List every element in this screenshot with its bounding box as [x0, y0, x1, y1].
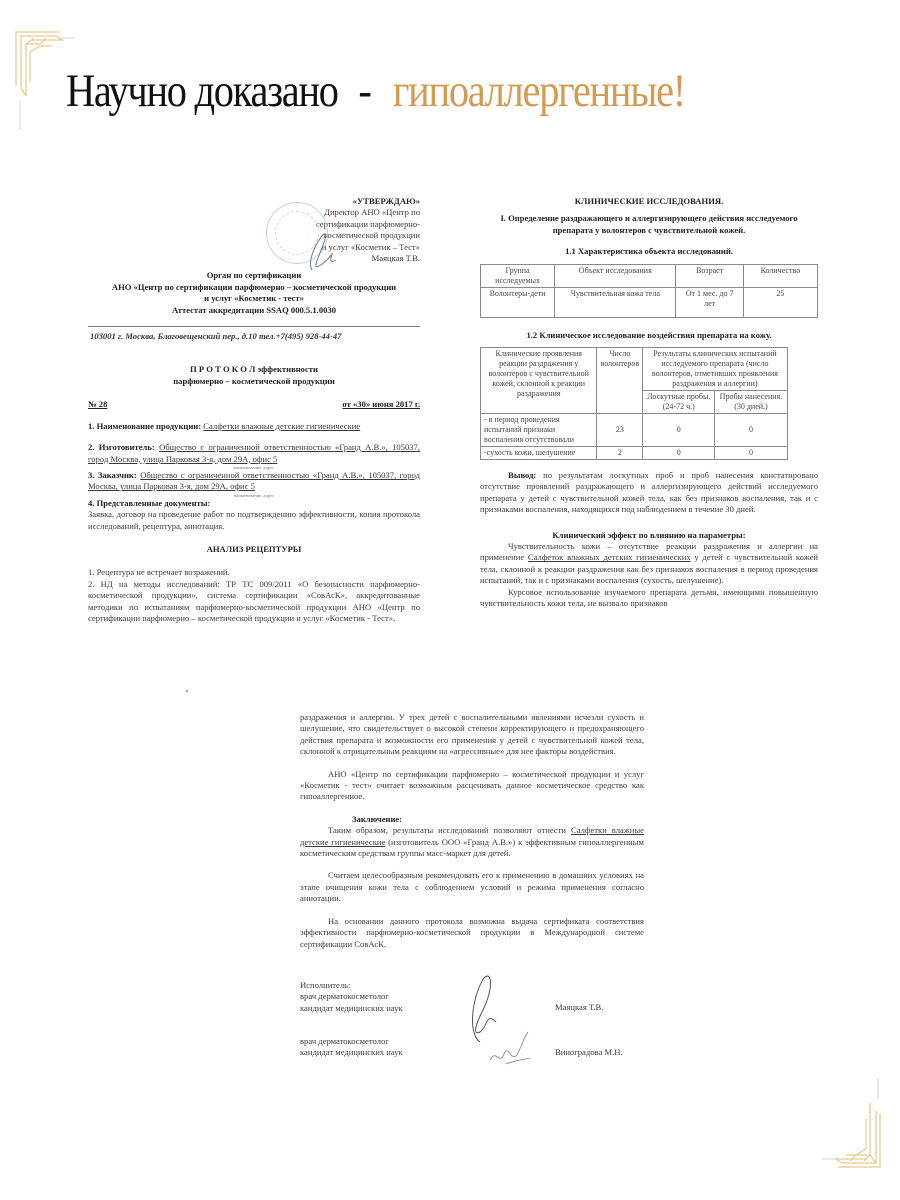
signer-name: Виноградова М.Н. — [555, 1047, 623, 1058]
conclusion-paragraph: Вывод: по результатам лоскутных проб и п… — [480, 470, 818, 516]
protocol-page-left: «УТВЕРЖДАЮ» Директор АНО «Центр по серти… — [88, 196, 420, 624]
table-row: Волонтеры-дети Чувствительная кожа тела … — [481, 287, 818, 317]
org-accreditation: Аттестат аккредитации SSAQ 000.5.1.0030 — [88, 305, 420, 316]
product-name: Салфеток влажных детских гигиенических — [528, 552, 691, 562]
ornament-corner-icon — [12, 26, 74, 132]
paragraph-results: раздражения и аллергии. У трех детей с в… — [300, 712, 644, 758]
protocol-date: от «30» июня 2017 г. — [342, 399, 420, 410]
table-header: Лоскутные пробы. (24-72 ч.) — [643, 391, 715, 414]
object-table: Группа исследуемых Объект исследования В… — [480, 264, 818, 318]
paragraph-recommendation: Считаем целесообразным рекомендовать его… — [300, 870, 644, 904]
protocol-title: П Р О Т О К О Л эффективности парфюмерно… — [88, 364, 420, 387]
subsection-1-1: 1.1 Характеристика объекта исследований. — [480, 246, 818, 257]
table-cell: От 1 мес. до 7 лет — [676, 287, 743, 317]
protocol-title-line: П Р О Т О К О Л эффективности — [88, 364, 420, 375]
section-customer: 3. Заказчик: Общество с ограниченной отв… — [88, 470, 420, 498]
headline-accent: гипоаллергенные! — [393, 65, 685, 117]
table-cell: 23 — [597, 414, 643, 447]
table-cell: -сухость кожи, шелушение — [481, 447, 597, 460]
headline-separator: - — [358, 65, 370, 117]
table-cell: 2 — [597, 447, 643, 460]
table-cell: Волонтеры-дети — [481, 287, 555, 317]
protocol-title-line: парфюмерно – косметической продукции — [88, 376, 420, 387]
section-label: 1. Наименование продукции: — [88, 421, 201, 431]
section-documents: 4. Представленные документы: Заявка, дог… — [88, 498, 420, 532]
table-cell: 0 — [643, 447, 715, 460]
table-row: - в период проведения испытаний признаки… — [481, 414, 788, 447]
section-label: 4. Представленные документы: — [88, 498, 420, 509]
signer-name: Маяцкая Т.В. — [555, 1002, 603, 1013]
table-header: Результаты клинических испытаний исследу… — [643, 348, 787, 391]
analysis-list: 1. Рецептура не встречает возражений. 2.… — [88, 567, 420, 624]
signature-icon — [302, 230, 342, 274]
results-table: Клинические проявления реакции раздражен… — [480, 347, 788, 460]
section-value: Заявка, договор на проведение работ по п… — [88, 509, 420, 532]
protocol-page-right: КЛИНИЧЕСКИЕ ИССЛЕДОВАНИЯ. I. Определение… — [480, 196, 818, 610]
table-header: Число волонтеров — [597, 348, 643, 414]
analysis-item: 1. Рецептура не встречает возражений. — [88, 567, 420, 578]
subsection-1-2: 1.2 Клиническое исследование воздействия… — [480, 330, 818, 341]
section-product: 1. Наименование продукции: Салфетки влаж… — [88, 421, 420, 432]
conclusion-label: Вывод: — [508, 470, 536, 480]
table-header: Объект исследования — [555, 264, 676, 287]
paragraph-center-opinion: АНО «Центр по сертификации парфюмерно – … — [300, 769, 644, 803]
analysis-item: 2. НД на методы исследований: ТР ТС 009/… — [88, 579, 420, 625]
section-label: 2. Изготовитель: — [88, 442, 155, 452]
table-header: Пробы нанесения. (30 дней.) — [715, 391, 787, 414]
effect-title: Клинический эффект по влиянию на парамет… — [480, 530, 818, 541]
effect-paragraph-1: Чувствительность кожи – отсутствие реакц… — [480, 541, 818, 587]
table-header: Количество — [743, 264, 817, 287]
table-header: Группа исследуемых — [481, 264, 555, 287]
analysis-title: АНАЛИЗ РЕЦЕПТУРЫ — [88, 544, 420, 555]
table-cell: 0 — [715, 447, 787, 460]
final-conclusion-title: Заключение: — [300, 814, 644, 825]
table-row: -сухость кожи, шелушение 2 0 0 — [481, 447, 788, 460]
table-cell: 0 — [643, 414, 715, 447]
address-line: 103001 г. Москва, Благовещенский пер., д… — [88, 326, 420, 342]
table-cell: 0 — [715, 414, 787, 447]
section-manufacturer: 2. Изготовитель: Общество с ограниченной… — [88, 442, 420, 470]
table-header: Клинические проявления реакции раздражен… — [481, 348, 597, 414]
conclusion-text: Таким образом, результаты исследований п… — [328, 825, 571, 835]
protocol-number: № 28 — [88, 399, 107, 410]
section-value: Салфетки влажные детские гигиенические — [203, 421, 360, 431]
protocol-page-bottom: раздражения и аллергии. У трех детей с в… — [300, 712, 644, 1090]
table-cell: 25 — [743, 287, 817, 317]
section-label: 3. Заказчик: — [88, 470, 137, 480]
table-header-row: Группа исследуемых Объект исследования В… — [481, 264, 818, 287]
paragraph-certificate: На основании данного протокола возможна … — [300, 916, 644, 950]
section-value: Общество с ограниченной ответственностью… — [88, 470, 420, 491]
org-line: Орган по сертификации — [88, 270, 420, 281]
section-i-title: I. Определение раздражающего и аллергизи… — [480, 213, 818, 236]
ornament-corner-icon — [820, 1075, 886, 1175]
protocol-meta: № 28 от «30» июня 2017 г. — [88, 399, 420, 410]
clinical-title: КЛИНИЧЕСКИЕ ИССЛЕДОВАНИЯ. — [480, 196, 818, 207]
effect-paragraph-2: Курсовое использование изучаемого препар… — [480, 587, 818, 610]
table-cell: Чувствительная кожа тела — [555, 287, 676, 317]
table-cell: - в период проведения испытаний признаки… — [481, 414, 597, 447]
table-header-row: Клинические проявления реакции раздражен… — [481, 348, 788, 391]
signatures-block: Исполнитель: врач дерматокосметолог канд… — [300, 980, 644, 1090]
org-line: АНО «Центр по сертификации парфюмерно – … — [88, 282, 420, 293]
headline-main: Научно доказано — [66, 65, 338, 117]
headline: Научно доказано-гипоаллергенные! — [66, 68, 685, 115]
paragraph-conclusion: Таким образом, результаты исследований п… — [300, 825, 644, 859]
signature-icon — [486, 1030, 532, 1070]
scan-speck — [186, 690, 188, 692]
cert-body: Орган по сертификации АНО «Центр по серт… — [88, 270, 420, 316]
table-header: Возраст — [676, 264, 743, 287]
org-line: и услуг «Косметик - тест» — [88, 293, 420, 304]
